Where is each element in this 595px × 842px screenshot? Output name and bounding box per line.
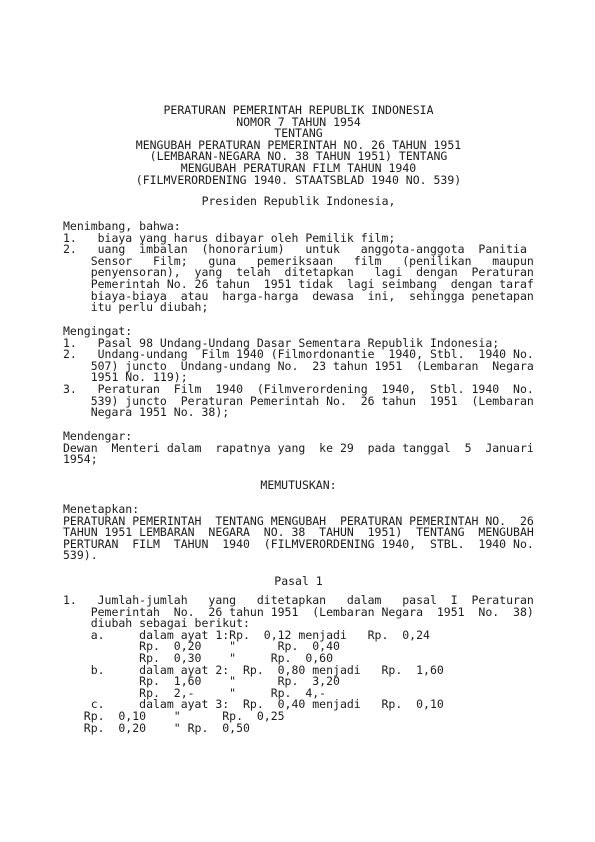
section-memutuskan-heading: MEMUTUSKAN: (63, 480, 534, 492)
document-title-block: PERATURAN PEMERINTAH REPUBLIK INDONESIA … (63, 105, 534, 186)
pasal-1-heading: Pasal 1 (63, 576, 534, 588)
section-menimbang: Menimbang, bahwa: 1. biaya yang harus di… (63, 221, 534, 314)
section-mengingat: Mengingat: 1. Pasal 98 Undang-Undang Das… (63, 326, 534, 419)
section-menetapkan: Menetapkan: PERATURAN PEMERINTAH TENTANG… (63, 504, 534, 562)
regulation-document: PERATURAN PEMERINTAH REPUBLIK INDONESIA … (63, 0, 534, 842)
document-page: PERATURAN PEMERINTAH REPUBLIK INDONESIA … (0, 0, 595, 842)
section-mendengar: Mendengar: Dewan Menteri dalam rapatnya … (63, 431, 534, 466)
issuer-line: Presiden Republik Indonesia, (63, 196, 534, 208)
pasal-1-body: 1. Jumlah-jumlah yang ditetapkan dalam p… (63, 595, 534, 734)
